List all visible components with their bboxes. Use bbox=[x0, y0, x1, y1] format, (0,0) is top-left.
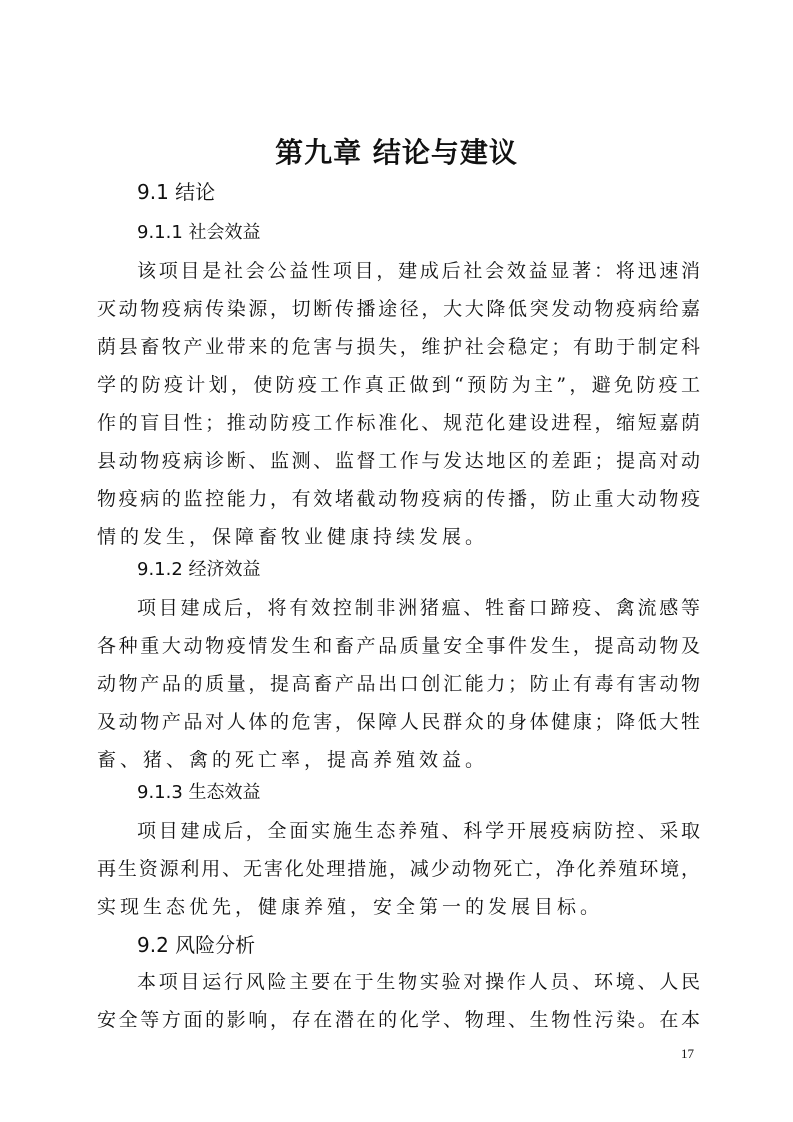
text-line: 物疫病的监控能力，有效堵截动物疫病的传播，防止重大动物疫 bbox=[97, 484, 700, 511]
chapter-title: 第九章 结论与建议 bbox=[0, 131, 793, 171]
page-number: 17 bbox=[681, 1046, 694, 1062]
section-heading-9-1-1: 9.1.1 社会效益 bbox=[137, 218, 261, 244]
text-line: 畜、猪、禽的死亡率，提高养殖效益。 bbox=[97, 745, 700, 772]
text-line: 灭动物疫病传染源，切断传播途径，大大降低突发动物疫病给嘉 bbox=[97, 294, 700, 321]
document-page: 第九章 结论与建议 9.1 结论 9.1.1 社会效益 该项目是社会公益性项目，… bbox=[0, 0, 793, 1122]
text-line: 实现生态优先，健康养殖，安全第一的发展目标。 bbox=[97, 892, 700, 919]
text-line: 作的盲目性；推动防疫工作标准化、规范化建设进程，缩短嘉荫 bbox=[97, 408, 700, 435]
text-line: 动物产品的质量，提高畜产品出口创汇能力；防止有毒有害动物 bbox=[97, 669, 700, 696]
section-heading-9-1-2: 9.1.2 经济效益 bbox=[137, 555, 261, 581]
text-line: 该项目是社会公益性项目，建成后社会效益显著：将迅速消 bbox=[137, 256, 700, 283]
section-heading-9-2: 9.2 风险分析 bbox=[137, 929, 255, 958]
text-line: 项目建成后，将有效控制非洲猪瘟、牲畜口蹄疫、禽流感等 bbox=[137, 593, 700, 620]
text-line: 再生资源利用、无害化处理措施，减少动物死亡，净化养殖环境， bbox=[97, 854, 700, 881]
text-line: 学的防疫计划，使防疫工作真正做到“预防为主”，避免防疫工 bbox=[97, 370, 700, 397]
section-heading-9-1-3: 9.1.3 生态效益 bbox=[137, 778, 261, 804]
text-line: 各种重大动物疫情发生和畜产品质量安全事件发生，提高动物及 bbox=[97, 631, 700, 658]
text-line: 县动物疫病诊断、监测、监督工作与发达地区的差距；提高对动 bbox=[97, 446, 700, 473]
text-line: 本项目运行风险主要在于生物实验对操作人员、环境、人民 bbox=[137, 967, 700, 994]
text-line: 情的发生，保障畜牧业健康持续发展。 bbox=[97, 522, 700, 549]
section-heading-9-1: 9.1 结论 bbox=[137, 176, 215, 205]
text-line: 及动物产品对人体的危害，保障人民群众的身体健康；降低大牲 bbox=[97, 707, 700, 734]
text-line: 荫县畜牧产业带来的危害与损失，维护社会稳定；有助于制定科 bbox=[97, 332, 700, 359]
text-line: 安全等方面的影响，存在潜在的化学、物理、生物性污染。在本 bbox=[97, 1005, 700, 1032]
text-line: 项目建成后，全面实施生态养殖、科学开展疫病防控、采取 bbox=[137, 816, 700, 843]
